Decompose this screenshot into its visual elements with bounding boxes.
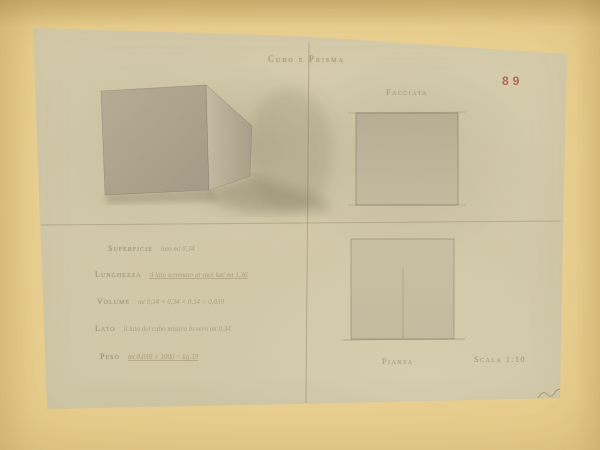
note-value: mt 0,34 × 0,34 × 0,34 = 0,039 — [138, 298, 224, 306]
note-label: Lunghezza — [95, 270, 142, 279]
note-value: lato mt 0,34 — [161, 245, 195, 253]
scale-label: Scala 1:10 — [474, 355, 526, 364]
pencil-drawing-layer — [0, 0, 600, 450]
plan-label: Pianta — [382, 357, 414, 366]
note-line-lato: Lato il lato del cubo misura in vero mt … — [95, 318, 231, 336]
note-line-superficie: Superficie lato mt 0,34 — [108, 238, 194, 256]
photo-of-drawing: Cubo e Prisma 89 Facciata Pianta Scala 1… — [0, 0, 600, 450]
stamp-number: 89 — [502, 74, 523, 88]
drawing-title: Cubo e Prisma — [268, 54, 345, 64]
note-label: Lato — [95, 324, 115, 333]
note-label: Superficie — [108, 244, 153, 253]
note-value: il lato sommato ai suoi lati mt 1,36 — [150, 271, 248, 279]
note-line-lunghezza: Lunghezza il lato sommato ai suoi lati m… — [95, 264, 248, 282]
note-label: Peso — [100, 352, 120, 361]
note-line-volume: Volume mt 0,34 × 0,34 × 0,34 = 0,039 — [97, 291, 224, 309]
note-value: il lato del cubo misura in vero mt 0,34 — [123, 325, 230, 333]
note-label: Volume — [97, 297, 130, 306]
note-line-peso: Peso mt 0,039 × 1000 = kg 39 — [100, 346, 198, 364]
elevation-label: Facciata — [386, 88, 428, 97]
note-value: mt 0,039 × 1000 = kg 39 — [128, 353, 198, 361]
